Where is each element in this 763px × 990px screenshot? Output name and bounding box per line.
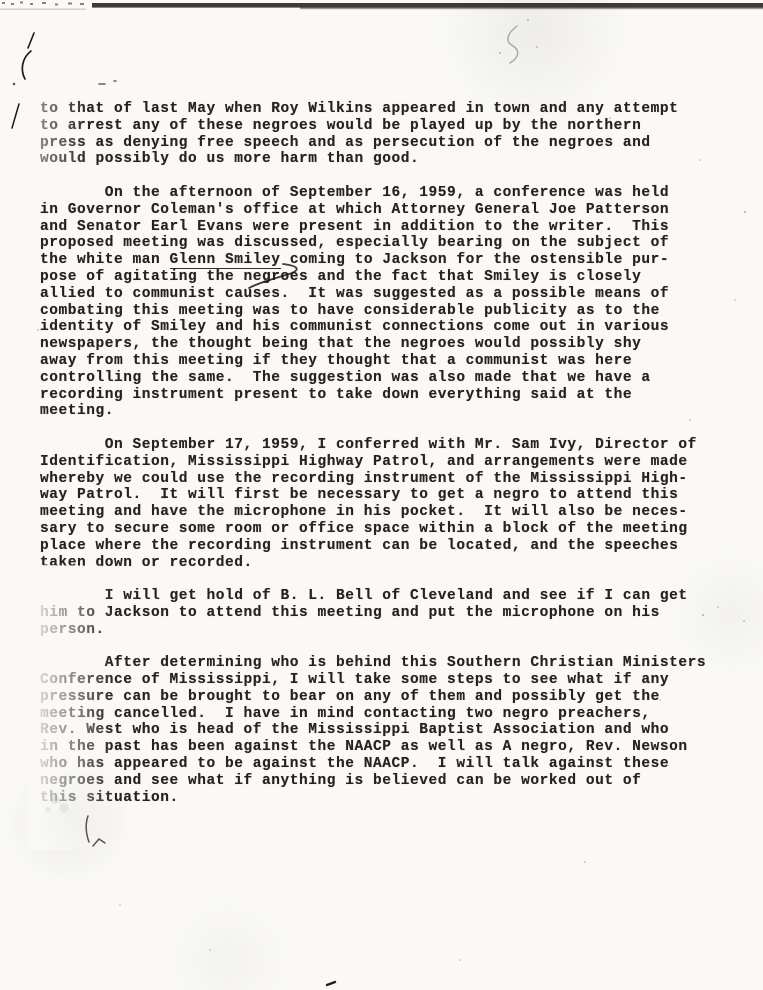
- text-line: Rev. West who is head of the Mississippi…: [40, 722, 740, 739]
- text-segment: Identification, Mississippi Highway Patr…: [40, 454, 688, 470]
- text-line: I will get hold of B. L. Bell of Clevela…: [40, 588, 740, 605]
- text-segment: identity of Smiley and his communist con…: [40, 319, 669, 335]
- text-line: proposed meeting was discussed, especial…: [40, 235, 740, 252]
- text-line: pressure can be brought to bear on any o…: [40, 689, 740, 706]
- pen-mark-slash-upper: [28, 33, 34, 48]
- text-line: whereby we could use the recording instr…: [40, 471, 740, 488]
- text-segment: newspapers, the thought being that the n…: [40, 336, 641, 352]
- text-segment: taken down or recorded.: [40, 555, 253, 571]
- text-segment: him to Jackson to attend this meeting an…: [40, 605, 660, 621]
- text-line: to arrest any of these negroes would be …: [40, 118, 740, 135]
- text-line: the white man Glenn Smiley coming to Jac…: [40, 252, 740, 269]
- scan-artifact-top-dots: [2, 2, 84, 6]
- scanned-document-page: to that of last May when Roy Wilkins app…: [0, 0, 763, 990]
- text-segment: meeting and have the microphone in his p…: [40, 504, 688, 520]
- paragraph: I will get hold of B. L. Bell of Clevela…: [40, 588, 740, 638]
- text-line: On the afternoon of September 16, 1959, …: [40, 185, 740, 202]
- text-line: this situation.: [40, 790, 740, 807]
- text-line: way Patrol. It will first be necessary t…: [40, 487, 740, 504]
- text-segment: press as denying free speech and as pers…: [40, 135, 651, 151]
- text-line: in the past has been against the NAACP a…: [40, 739, 740, 756]
- text-line: and Senator Earl Evans were present in a…: [40, 219, 740, 236]
- document-text-block: to that of last May when Roy Wilkins app…: [40, 101, 740, 806]
- text-segment: pressure can be brought to bear on any o…: [40, 689, 660, 705]
- text-segment: After determining who is behind this Sou…: [40, 655, 706, 671]
- text-segment: coming to Jackson for the ostensible pur…: [281, 252, 670, 268]
- text-segment: proposed meeting was discussed, especial…: [40, 235, 669, 251]
- text-line: in Governor Coleman's office at which At…: [40, 202, 740, 219]
- text-line: sary to secure some room or office space…: [40, 521, 740, 538]
- text-segment: meeting.: [40, 403, 114, 419]
- text-segment: way Patrol. It will first be necessary t…: [40, 487, 678, 503]
- text-segment: away from this meeting if they thought t…: [40, 353, 632, 369]
- scan-artifact-top-bar: [92, 3, 763, 8]
- text-line: would possibly do us more harm than good…: [40, 151, 740, 168]
- text-segment: Conference of Mississippi, I will take s…: [40, 672, 669, 688]
- text-line: him to Jackson to attend this meeting an…: [40, 605, 740, 622]
- text-line: combating this meeting was to have consi…: [40, 303, 740, 320]
- stray-ink-mark: [99, 81, 116, 84]
- text-segment: and Senator Earl Evans were present in a…: [40, 219, 669, 235]
- text-segment: meeting cancelled. I have in mind contac…: [40, 706, 651, 722]
- text-segment: Rev. West who is head of the Mississippi…: [40, 722, 669, 738]
- text-line: meeting.: [40, 403, 740, 420]
- paragraph: On the afternoon of September 16, 1959, …: [40, 185, 740, 420]
- text-segment: the white man: [40, 252, 170, 268]
- paragraph: After determining who is behind this Sou…: [40, 655, 740, 806]
- text-segment: in the past has been against the NAACP a…: [40, 739, 688, 755]
- text-line: Conference of Mississippi, I will take s…: [40, 672, 740, 689]
- text-line: identity of Smiley and his communist con…: [40, 319, 740, 336]
- text-segment: whereby we could use the recording instr…: [40, 471, 688, 487]
- text-line: away from this meeting if they thought t…: [40, 353, 740, 370]
- pen-mark-slash-lower: [12, 104, 19, 128]
- text-segment: who has appeared to be against the NAACP…: [40, 756, 669, 772]
- scan-artifact-bottom-dash: [327, 982, 335, 985]
- text-segment: recording instrument present to take dow…: [40, 387, 632, 403]
- text-segment: allied to communist causes. It was sugge…: [40, 286, 669, 302]
- pencil-squiggle: [499, 19, 538, 63]
- text-segment: I will get hold of B. L. Bell of Clevela…: [40, 588, 688, 604]
- text-line: to that of last May when Roy Wilkins app…: [40, 101, 740, 118]
- text-segment: person.: [40, 622, 105, 638]
- text-line: pose of agitating the negroes and the fa…: [40, 269, 740, 286]
- pen-mark-dot: [13, 83, 15, 85]
- text-segment: controlling the same. The suggestion was…: [40, 370, 651, 386]
- bottom-scribble-mark: [86, 816, 105, 846]
- text-line: taken down or recorded.: [40, 555, 740, 572]
- text-line: meeting cancelled. I have in mind contac…: [40, 706, 740, 723]
- text-segment: in Governor Coleman's office at which At…: [40, 202, 669, 218]
- text-line: Identification, Mississippi Highway Patr…: [40, 454, 740, 471]
- text-segment: On the afternoon of September 16, 1959, …: [40, 185, 669, 201]
- text-segment: would possibly do us more harm than good…: [40, 151, 419, 167]
- text-line: newspapers, the thought being that the n…: [40, 336, 740, 353]
- text-line: recording instrument present to take dow…: [40, 387, 740, 404]
- text-segment: combating this meeting was to have consi…: [40, 303, 660, 319]
- text-line: who has appeared to be against the NAACP…: [40, 756, 740, 773]
- text-segment: place where the recording instrument can…: [40, 538, 678, 554]
- underlined-name: Glenn Smiley: [170, 252, 281, 269]
- text-line: allied to communist causes. It was sugge…: [40, 286, 740, 303]
- text-line: On September 17, 1959, I conferred with …: [40, 437, 740, 454]
- paragraph: On September 17, 1959, I conferred with …: [40, 437, 740, 571]
- text-segment: to that of last May when Roy Wilkins app…: [40, 101, 678, 117]
- text-line: person.: [40, 622, 740, 639]
- text-line: negroes and see what if anything is beli…: [40, 773, 740, 790]
- text-segment: On September 17, 1959, I conferred with …: [40, 437, 697, 453]
- text-line: press as denying free speech and as pers…: [40, 135, 740, 152]
- text-line: meeting and have the microphone in his p…: [40, 504, 740, 521]
- pen-mark-parenthesis: [22, 51, 31, 79]
- text-line: After determining who is behind this Sou…: [40, 655, 740, 672]
- text-segment: sary to secure some room or office space…: [40, 521, 688, 537]
- text-segment: negroes and see what if anything is beli…: [40, 773, 641, 789]
- text-line: place where the recording instrument can…: [40, 538, 740, 555]
- text-line: controlling the same. The suggestion was…: [40, 370, 740, 387]
- text-segment: pose of agitating the negroes and the fa…: [40, 269, 641, 285]
- text-segment: this situation.: [40, 790, 179, 806]
- paragraph: to that of last May when Roy Wilkins app…: [40, 101, 740, 168]
- scan-artifact-top-faint-line: [0, 9, 86, 10]
- scan-artifact-top-bar-shadow: [300, 7, 763, 9]
- text-segment: to arrest any of these negroes would be …: [40, 118, 641, 134]
